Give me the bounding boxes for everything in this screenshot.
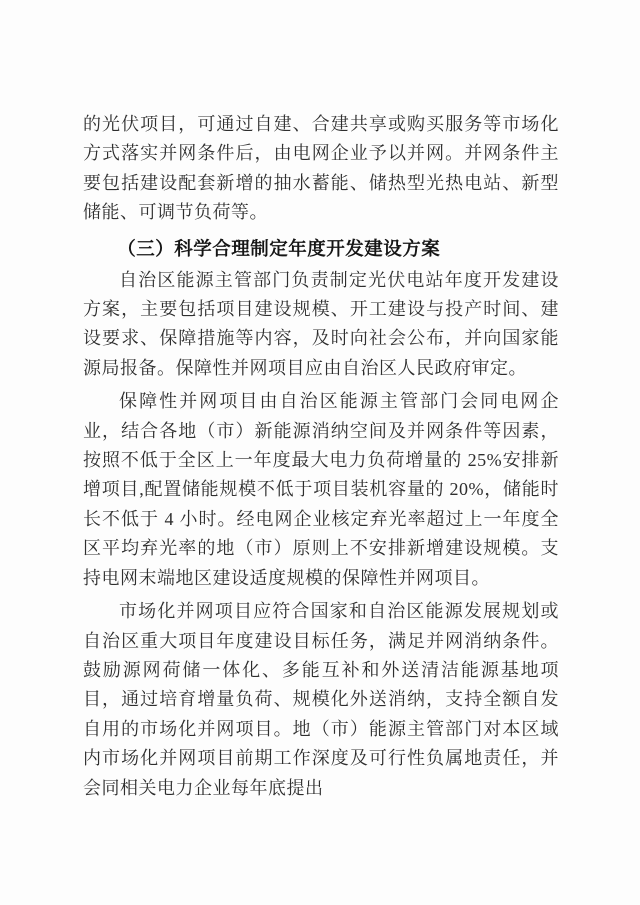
document-content: 的光伏项目，可通过自建、合建共享或购买服务等市场化方式落实并网条件后，由电网企业…	[83, 110, 559, 807]
paragraph-annual-development-plan: 自治区能源主管部门负责制定光伏电站年度开发建设方案，主要包括项目建设规模、开工建…	[83, 266, 559, 384]
paragraph-grid-connection-conditions: 的光伏项目，可通过自建、合建共享或购买服务等市场化方式落实并网条件后，由电网企业…	[83, 110, 559, 228]
paragraph-guaranteed-grid-projects: 保障性并网项目由自治区能源主管部门会同电网企业，结合各地（市）新能源消纳空间及并…	[83, 387, 559, 593]
section-heading-annual-plan: （三）科学合理制定年度开发建设方案	[83, 234, 559, 263]
paragraph-market-grid-projects: 市场化并网项目应符合国家和自治区能源发展规划或自治区重大项目年度建设目标任务，满…	[83, 597, 559, 803]
document-page: 的光伏项目，可通过自建、合建共享或购买服务等市场化方式落实并网条件后，由电网企业…	[0, 0, 640, 905]
